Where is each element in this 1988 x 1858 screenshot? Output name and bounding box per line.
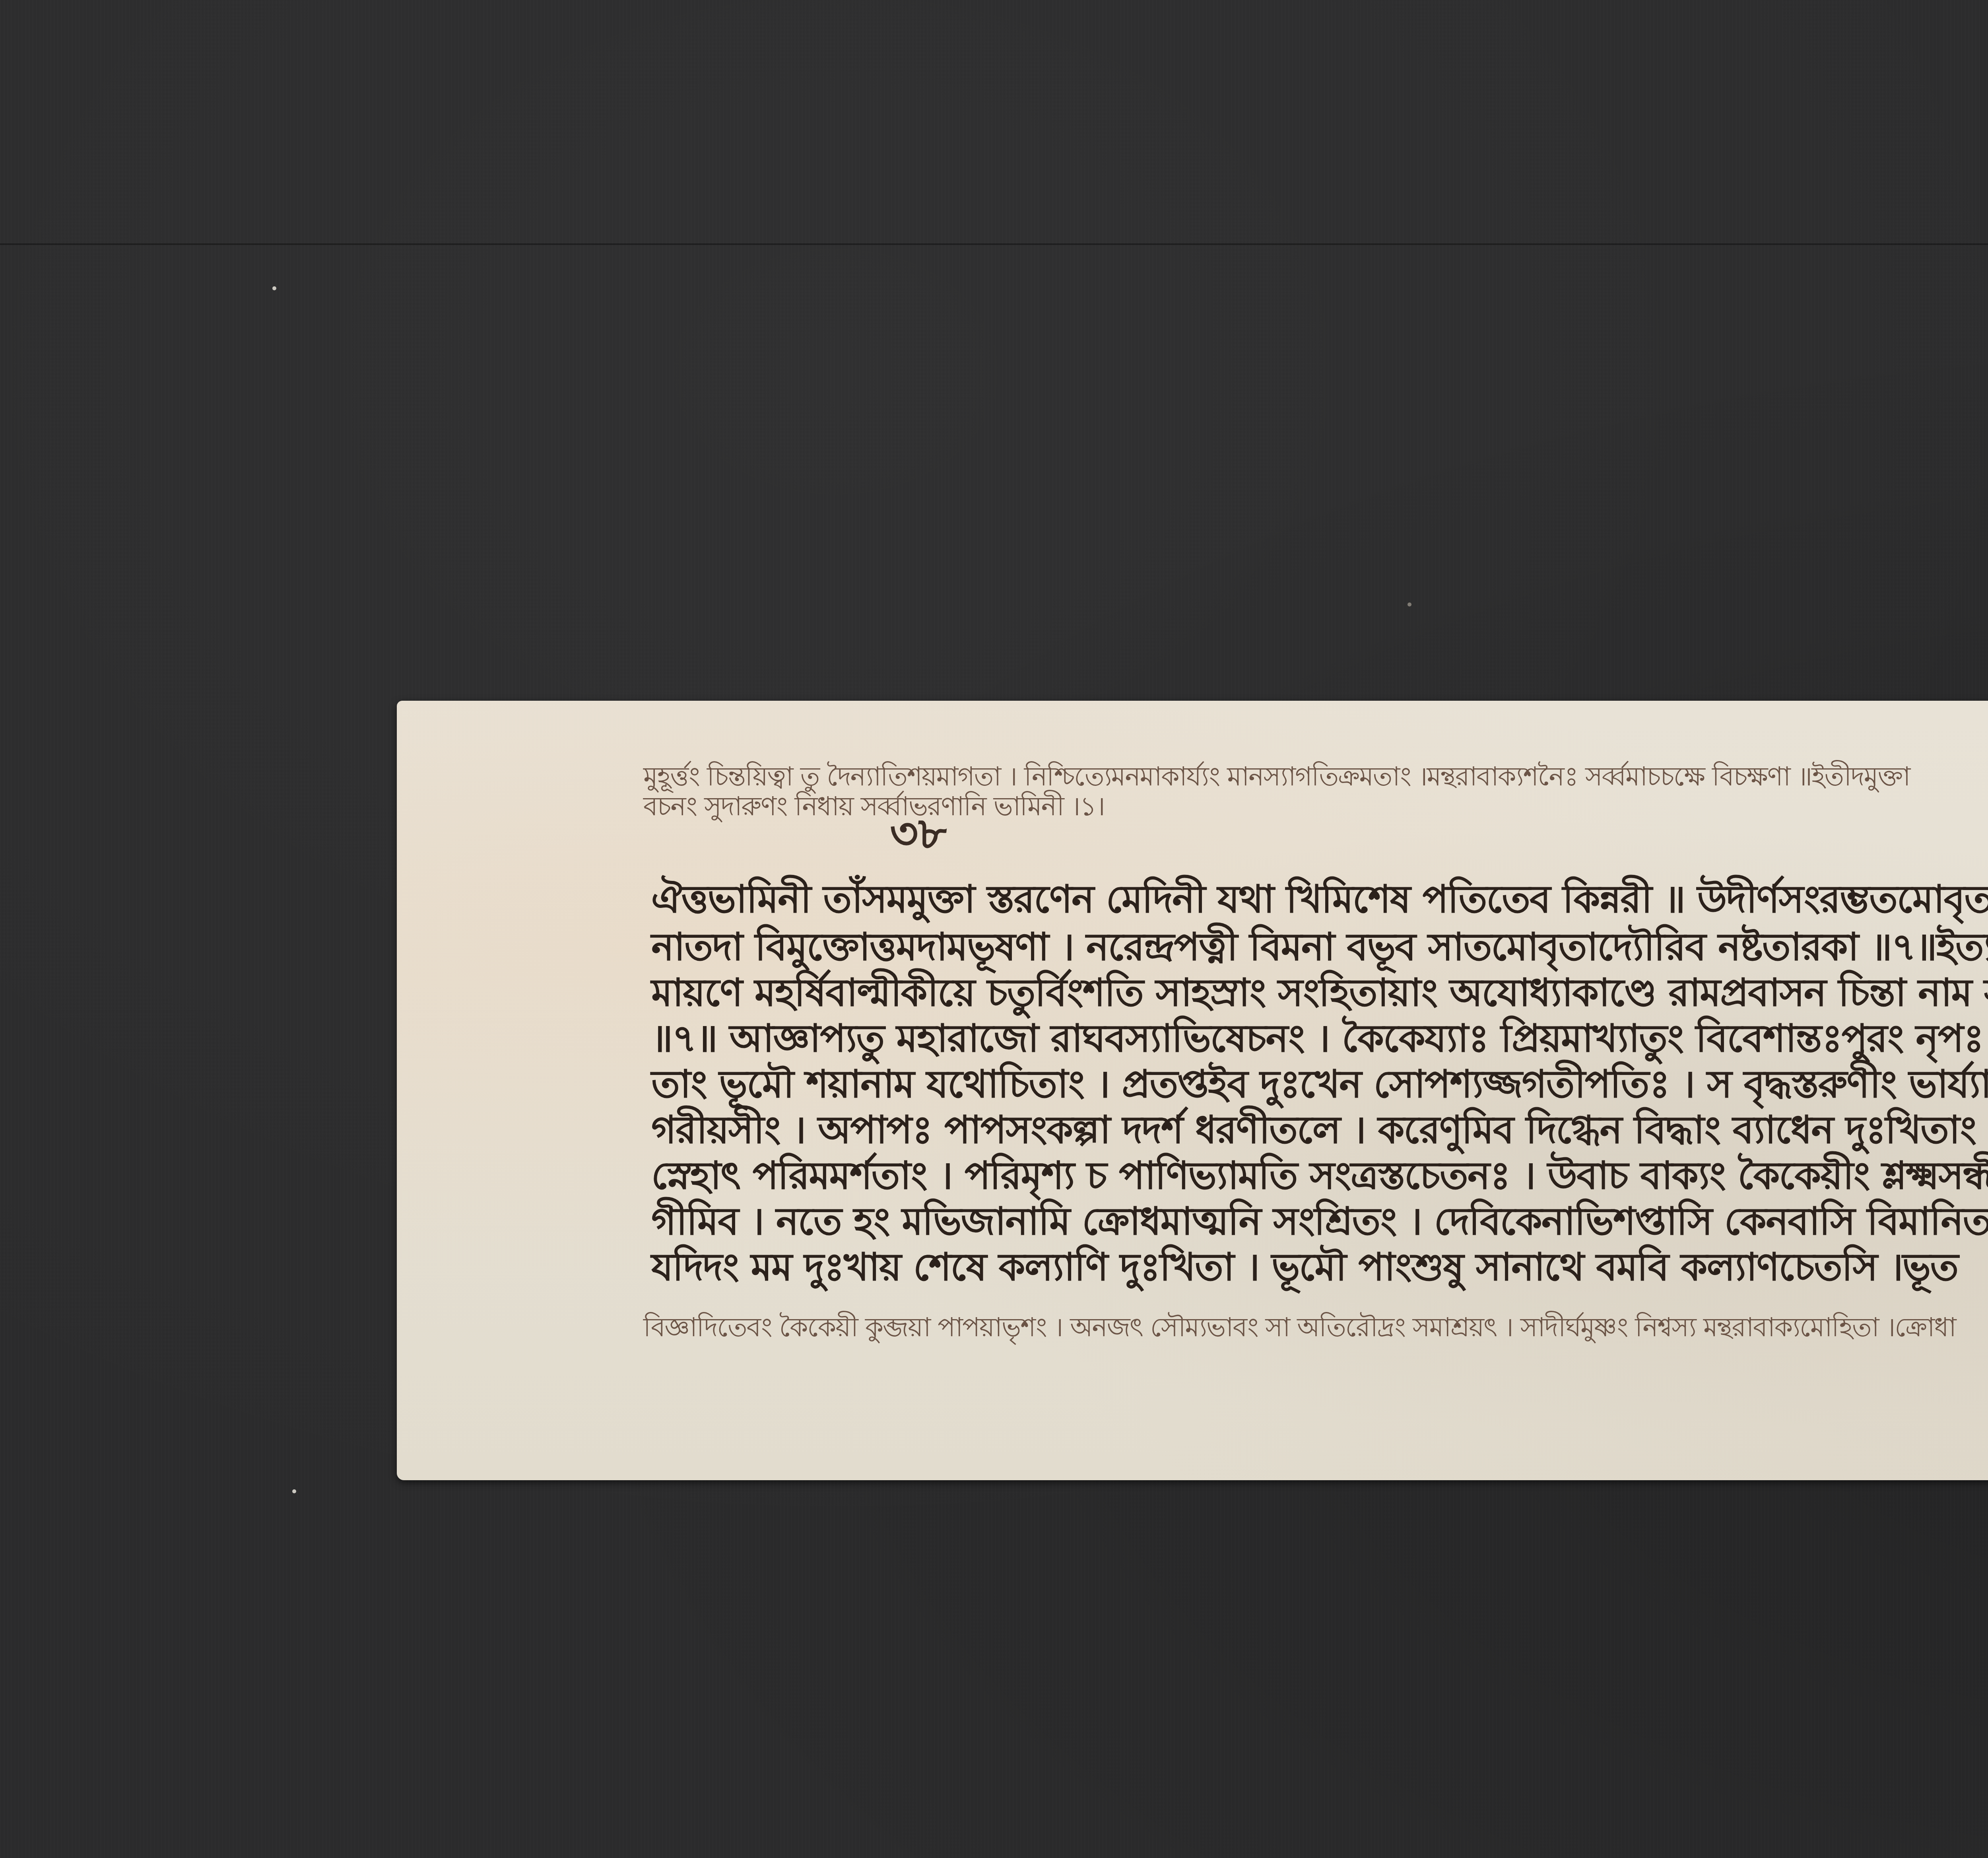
dust-speck bbox=[272, 286, 276, 290]
main-text-line-9: যদিদং মম দুঃখায় শেষে কল্যাণি দুঃখিতা । … bbox=[651, 1238, 1958, 1302]
folio-number: ৩৮ bbox=[890, 800, 947, 873]
dust-speck bbox=[1408, 602, 1411, 606]
bottom-gloss-line-1: বিজ্ঞাদিতেবং কৈকেয়ী কুব্জয়া পাপয়াভৃশং… bbox=[643, 1307, 1956, 1351]
mount-board-seam bbox=[0, 243, 1988, 245]
manuscript-leaf: মুহূর্ত্তং চিন্তয়িত্বা তু দৈন্যাতিশয়মা… bbox=[397, 701, 1988, 1480]
top-gloss-line-2: বচনং সুদারুণং নিধায় সর্ব্বাভরণানি ভামিন… bbox=[643, 786, 1105, 830]
dust-speck bbox=[292, 1489, 296, 1493]
